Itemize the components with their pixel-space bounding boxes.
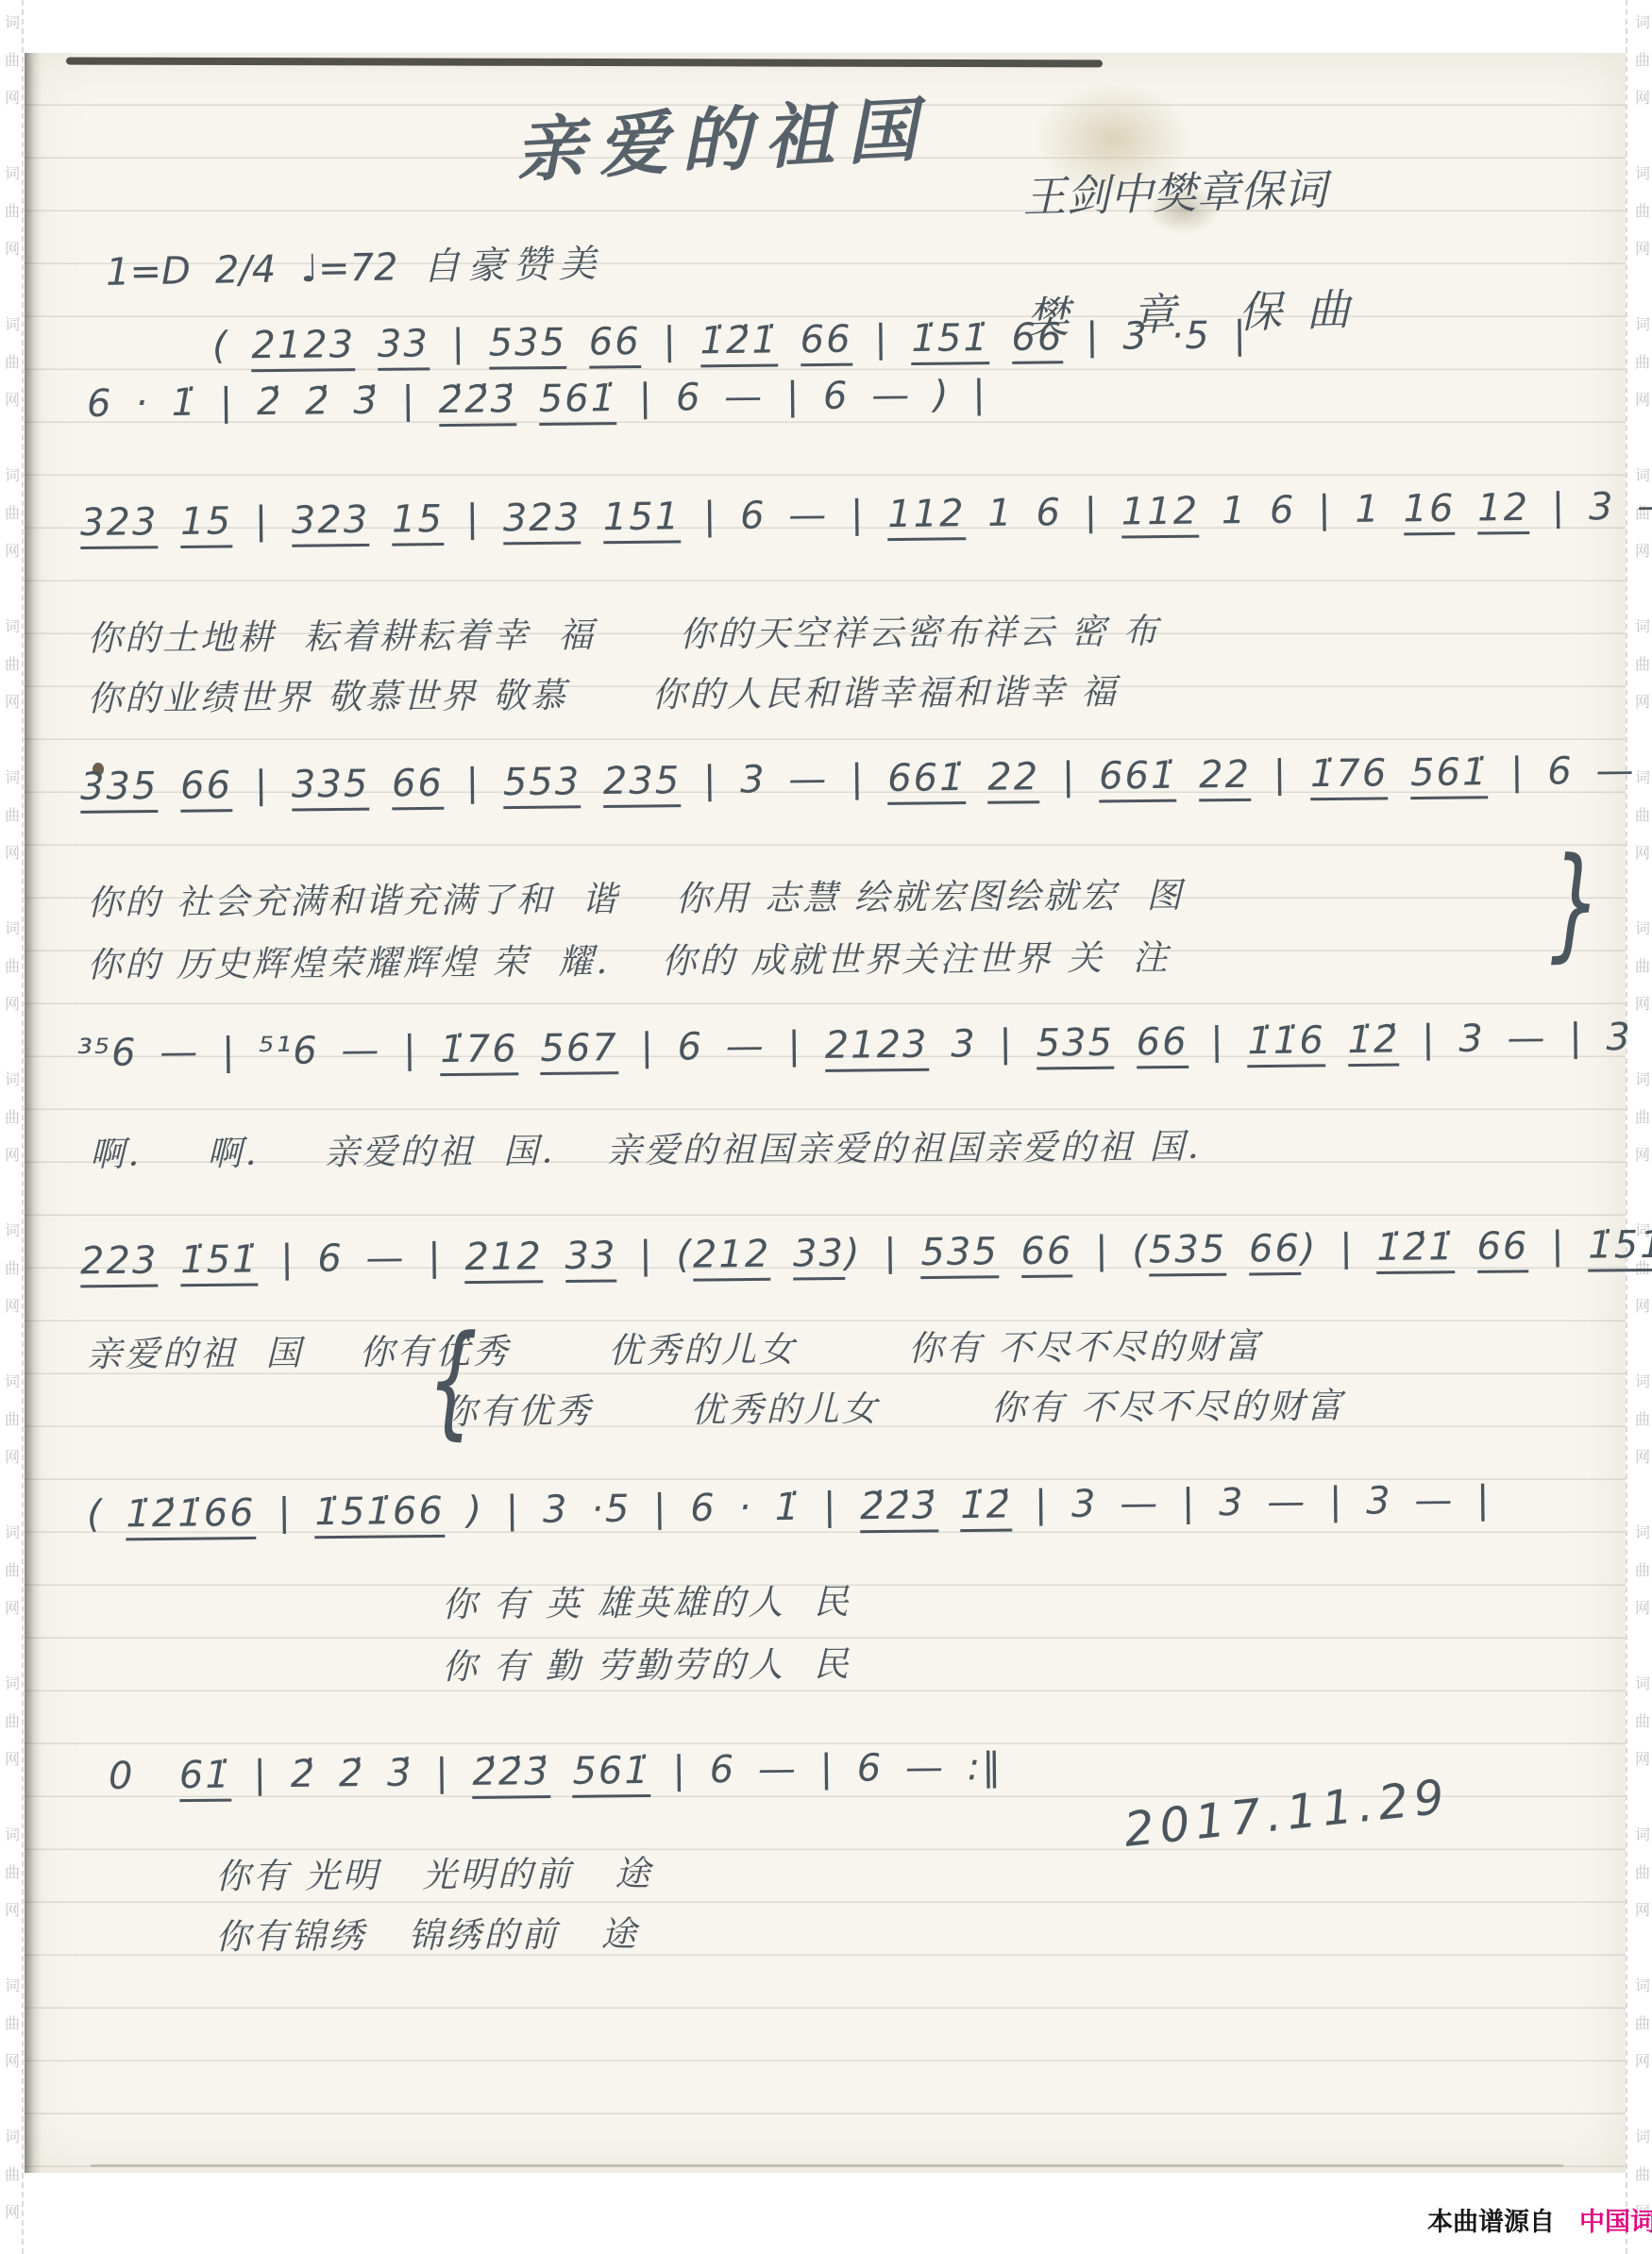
key-signature: 1=D — [106, 249, 192, 294]
lyrics-line: 你有优秀 优秀的儿女 你有 不尽不尽的财富 — [442, 1377, 1345, 1435]
footer-source-site: 中国词曲网 — [1579, 2208, 1652, 2237]
scan-left-shadow — [25, 53, 42, 2173]
lyrics-closing-brace: } — [1550, 831, 1601, 974]
lyrics-line: 你的 社会充满和谐充满了和 谐 你用 志慧 绘就宏图绘就宏 图 — [87, 866, 1185, 925]
lyricist-credit: 王剑中樊章保词 — [1022, 163, 1327, 222]
footer-source-label: 本曲谱源自 — [1427, 2208, 1555, 2237]
scanned-sheet-music-page: { "page": { "watermark": { "text": "词曲网"… — [0, 0, 1652, 2254]
lyrics-line: 亲爱的祖 国 你有优秀 优秀的儿女 你有 不尽不尽的财富 — [87, 1318, 1262, 1377]
lyrics-opening-brace: { — [427, 1308, 478, 1452]
time-signature: 2/4 — [214, 248, 276, 293]
lyrics-line: 你的土地耕 耘着耕耘着幸 福 你的天空祥云密布祥云 密 布 — [87, 602, 1160, 661]
expression-marking: 自豪赞美 — [422, 243, 604, 289]
lyrics-line: 啊． 啊． 亲爱的祖 国． 亲爱的祖国亲爱的祖国亲爱的祖 国． — [90, 1118, 1225, 1176]
lyrics-line: 你的 历史辉煌荣耀辉煌 荣 耀． 你的 成就世界关注世界 关 注 — [87, 929, 1171, 987]
key-tempo-line: 1=D2/4♩=72自豪赞美 — [106, 233, 629, 296]
right-dashed-rule — [1626, 0, 1627, 2254]
left-dashed-rule — [22, 0, 24, 2254]
lyrics-line: 你有锦绣 锦绣的前 途 — [215, 1905, 639, 1959]
lyrics-line: 你 有 英 雄英雄的人 民 — [442, 1573, 851, 1626]
lyrics-line: 你有 光明 光明的前 途 — [215, 1844, 653, 1898]
footer-source-line: 本曲谱源自中国词曲网 — [1427, 2201, 1652, 2238]
scan-top-edge — [66, 58, 1103, 68]
lyrics-line: 你 有 勤 劳勤劳的人 民 — [442, 1635, 851, 1689]
lyrics-line: 你的业绩世界 敬慕世界 敬慕 你的人民和谐幸福和谐幸 福 — [87, 663, 1119, 721]
right-watermark-column: 词 曲 网 词 曲 网 词 曲 网 词 曲 网 词 曲 网 词 曲 网 词 曲 … — [1630, 0, 1652, 2254]
tempo-marking: ♩=72 — [300, 245, 398, 291]
scan-bottom-edge — [91, 2164, 1563, 2167]
